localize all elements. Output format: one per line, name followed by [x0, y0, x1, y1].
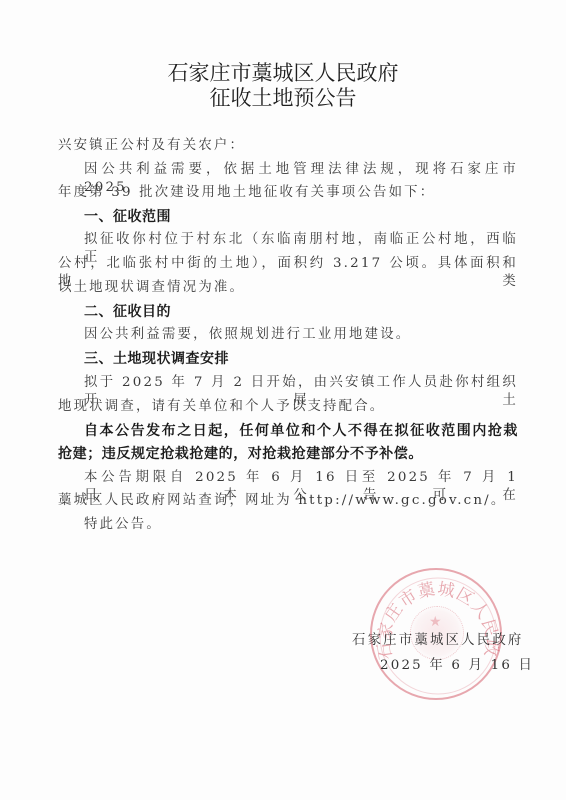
closing-text: 特此公告。 [84, 516, 544, 534]
section-survey-line-2: 地现状调查，请有关单位和个人予以支持配合。 [58, 398, 518, 416]
signature-date: 2025 年 6 月 16 日 [380, 657, 534, 675]
section-purpose-line-1: 因公共利益需要，依照规划进行工业用地建设。 [84, 326, 544, 344]
document-page: 石家庄市藁城区人民政府 征收土地预公告 兴安镇正公村及有关农户： 因公共利益需要… [0, 0, 566, 800]
warning-line-1: 自本公告发布之日起，任何单位和个人不得在拟征收范围内抢栽 [84, 422, 518, 440]
signature-organization: 石家庄市藁城区人民政府 [352, 632, 524, 650]
section-scope-line-3: 以土地现状调查情况为准。 [58, 279, 518, 297]
document-title-line2: 征收土地预公告 [0, 86, 566, 110]
star-icon: ★ [429, 614, 442, 630]
addressee: 兴安镇正公村及有关农户： [58, 137, 518, 155]
document-title-line1: 石家庄市藁城区人民政府 [0, 61, 566, 85]
section-heading-scope: 一、征收范围 [84, 208, 171, 226]
period-line-2: 藁城区人民政府网站查询，网址为 http://www.gc.gov.cn/。 [58, 492, 518, 510]
intro-line-2: 年度第 39 批次建设用地土地征收有关事项公告如下： [58, 184, 518, 202]
section-heading-survey: 三、土地现状调查安排 [84, 350, 229, 368]
section-heading-purpose: 二、征收目的 [84, 303, 171, 321]
warning-line-2: 抢建；违反规定抢栽抢建的，对抢栽抢建部分不予补偿。 [58, 445, 518, 463]
